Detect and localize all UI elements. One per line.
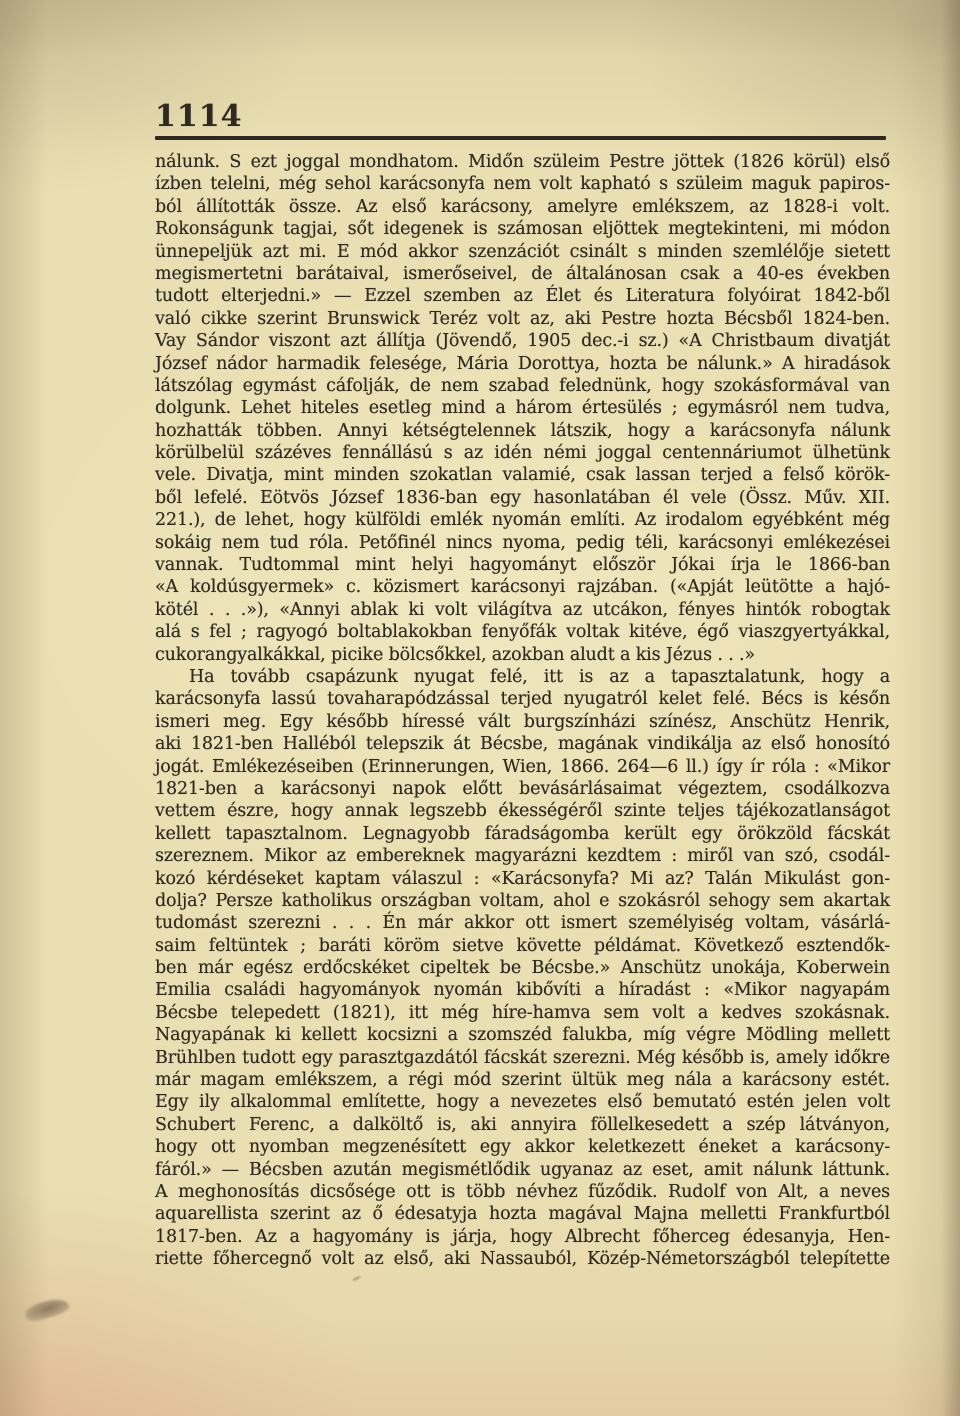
text-line: dolgunk. Lehet hiteles esetleg mind a há…: [155, 397, 890, 419]
text-line: 1817-ben. Az a hagyomány is járja, hogy …: [155, 1226, 890, 1248]
text-line: cukorangyalkákkal, picike bölcsőkkel, az…: [155, 644, 890, 666]
text-line: ismeri meg. Egy később híressé vált burg…: [155, 711, 890, 733]
text-line: ben már egész erdőcskéket cipeltek be Bé…: [155, 957, 890, 979]
text-line: vettem észre, hogy annak legszebb ékessé…: [155, 800, 890, 822]
text-line: József nádor harmadik felesége, Mária Do…: [155, 353, 890, 375]
text-line: jogát. Emlékezéseiben (Erinnerungen, Wie…: [155, 756, 890, 778]
text-line: már magam emlékszem, a régi mód szerint …: [155, 1069, 890, 1091]
text-line: Brühlben tudott egy parasztgazdától fács…: [155, 1047, 890, 1069]
text-line: Emilia családi hagyományok nyomán kibőví…: [155, 979, 890, 1001]
text-line: hozhatták többen. Annyi kétségtelennek l…: [155, 420, 890, 442]
text-line: szereznem. Mikor az embereknek magyarázn…: [155, 845, 890, 867]
text-line: dolja? Persze katholikus országban volta…: [155, 890, 890, 912]
text-line: Nagyapának ki kellett kocsizni a szomszé…: [155, 1024, 890, 1046]
ink-smudge: [23, 1295, 70, 1324]
text-line: Vay Sándor viszont azt állítja (Jövendő,…: [155, 330, 890, 352]
text-line: «A koldúsgyermek» c. közismert karácsony…: [155, 576, 890, 598]
text-line: 221.), de lehet, hogy külföldi emlék nyo…: [155, 509, 890, 531]
text-line: ből lefelé. Eötvös József 1836-ban egy h…: [155, 487, 890, 509]
text-line: riette főhercegnő volt az első, aki Nass…: [155, 1248, 890, 1270]
text-line: Bécsbe telepedett (1821), itt még híre-h…: [155, 1002, 890, 1024]
text-line: Ha tovább csapázunk nyugat felé, itt is …: [155, 666, 890, 688]
text-line: ból állították össze. Az első karácsony,…: [155, 196, 890, 218]
text-line: nálunk. S ezt joggal mondhatom. Midőn sz…: [155, 151, 890, 173]
text-line: fáról.» — Bécsben azután megismétlődik u…: [155, 1159, 890, 1181]
header-rule: [155, 136, 886, 140]
text-line: kozó kérdéseket kaptam válaszul : «Karác…: [155, 868, 890, 890]
page-header: 1114: [155, 100, 886, 140]
page-number: 1114: [155, 100, 886, 134]
text-line: hogy ott nyomban megzenésített egy akkor…: [155, 1136, 890, 1158]
text-line: tudott elterjedni.» — Ezzel szemben az É…: [155, 285, 890, 307]
text-line: Rokonságunk tagjai, sőt idegenek is szám…: [155, 218, 890, 240]
text-line: kötél . . .»), «Annyi ablak ki volt vilá…: [155, 599, 890, 621]
text-line: látszólag egymást cáfolják, de nem szaba…: [155, 375, 890, 397]
text-line: való cikke szerint Brunswick Teréz volt …: [155, 308, 890, 330]
text-line: vannak. Tudtommal mint helyi hagyományt …: [155, 554, 890, 576]
text-line: ízben telelni, még sehol karácsonyfa nem…: [155, 173, 890, 195]
text-line: Schubert Ferenc, a dalköltő is, aki anny…: [155, 1114, 890, 1136]
text-line: alá s fel ; ragyogó boltablakokban fenyő…: [155, 621, 890, 643]
body-text: nálunk. S ezt joggal mondhatom. Midőn sz…: [155, 151, 890, 1271]
scanned-book-page: { "colors": { "paper": "#eadfb2", "ink":…: [0, 0, 960, 1416]
text-line: vele. Divatja, mint minden szokatlan val…: [155, 464, 890, 486]
text-line: 1821-ben a karácsonyi napok előtt bevásá…: [155, 778, 890, 800]
text-line: A meghonosítás dicsősége ott is több név…: [155, 1181, 890, 1203]
text-line: aquarellista szerint az ő édesatyja hozt…: [155, 1203, 890, 1225]
paper-speck: [352, 1275, 361, 1282]
text-line: kellett tapasztalnom. Legnagyobb fáradsá…: [155, 823, 890, 845]
text-line: saim feltüntek ; baráti köröm sietve köv…: [155, 935, 890, 957]
text-line: ünnepeljük azt mi. E mód akkor szenzáció…: [155, 241, 890, 263]
text-line: tudomást szerezni . . . Én már akkor ott…: [155, 912, 890, 934]
text-line: karácsonyfa lassú tovaharapódzással terj…: [155, 688, 890, 710]
text-line: megismertetni barátaival, ismerőseivel, …: [155, 263, 890, 285]
text-line: Egy ily alkalommal említette, hogy a nev…: [155, 1091, 890, 1113]
text-line: körülbelül százéves fennállású s az idén…: [155, 442, 890, 464]
text-line: aki 1821-ben Halléból telepszik át Bécsb…: [155, 733, 890, 755]
text-line: sokáig nem tud róla. Petőfinél nincs nyo…: [155, 532, 890, 554]
